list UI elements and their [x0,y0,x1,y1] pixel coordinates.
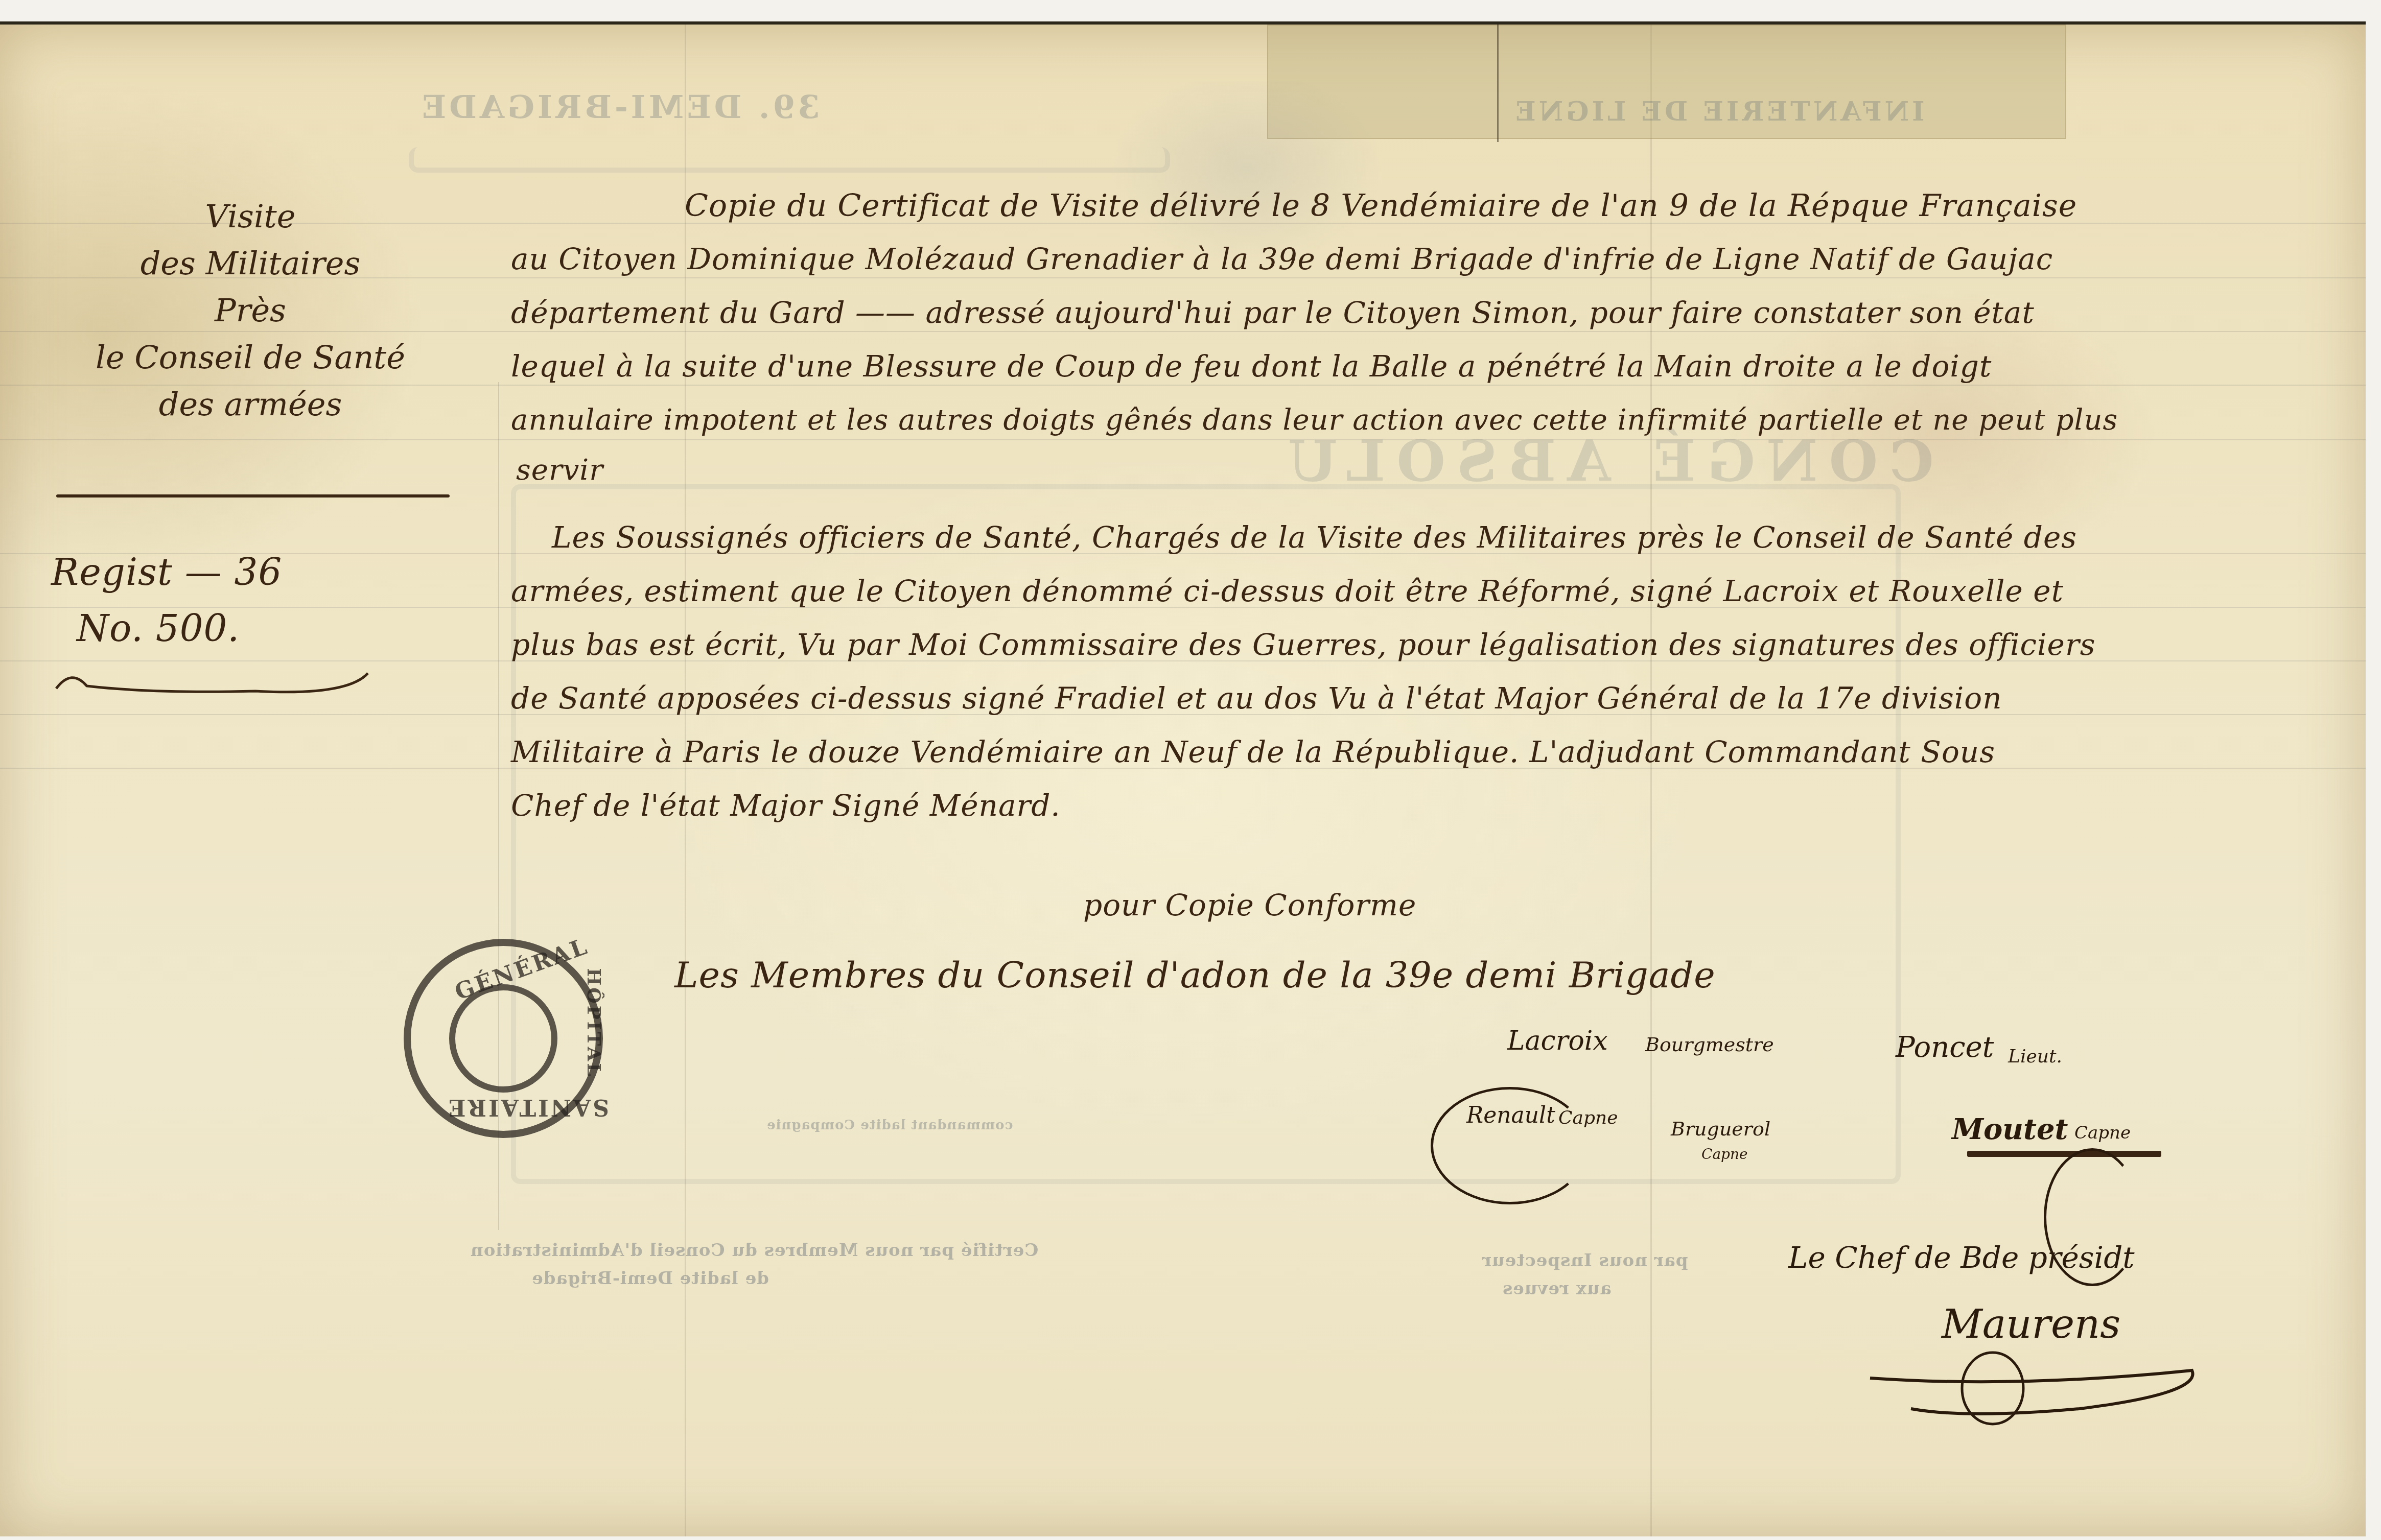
margin-title-line: des armées [51,381,450,428]
body-line: lequel à la suite d'une Blessure de Coup… [511,349,1992,384]
registry-number: Regist — 36 [51,551,282,594]
body-line: Copie du Certificat de Visite délivré le… [685,188,2077,224]
body-line: Militaire à Paris le douze Vendémiaire a… [511,735,1995,769]
body-line: plus bas est écrit, Vu par Moi Commissai… [511,627,2095,662]
body-line: département du Gard —— adressé aujourd'h… [511,295,2035,330]
body-line: annulaire impotent et les autres doigts … [511,404,2118,437]
document-sheet: 39. DEMI-BRIGADE INFANTERIE DE LIGNE CON… [0,21,2366,1536]
body-line: Chef de l'état Major Signé Ménard. [511,788,1061,823]
closing-formula: pour Copie Conforme [1083,888,1416,922]
body-line: Les Soussignés officiers de Santé, Charg… [552,520,2077,555]
signature-chef-de-brigade: Le Chef de Bde présidt [1788,1240,2135,1275]
council-attestation: Les Membres du Conseil d'adon de la 39e … [674,954,1716,996]
printed-footer-right-line1: par nous Inspecteur [1482,1250,1688,1271]
printed-footer-left-line1: Certifié par nous Membres du Conseil d'A… [470,1240,1038,1261]
signature-lacroix: Lacroix [1507,1026,1608,1056]
stamp-text-bottom: SANITAIRE [447,1094,609,1120]
printed-header-underline [409,147,1170,173]
printed-mid-label: commandant ladite Compagnie [766,1118,1013,1133]
signature-bruguerol-title: Capne [1701,1146,1748,1163]
signature-poncet: Poncet [1896,1031,1994,1064]
printed-footer-right-line2: aux revues [1502,1278,1612,1299]
signature-renault-title: Capne [1558,1107,1618,1128]
signature-moutet-title: Capne [2074,1123,2131,1143]
printed-header-left: 39. DEMI-BRIGADE [419,88,820,126]
signature-lacroix-title: Bourgmestre [1645,1033,1774,1056]
registry-flourish [51,668,399,704]
margin-title-line: Près [51,287,450,334]
margin-title-line: le Conseil de Santé [51,334,450,381]
signature-underline [1967,1151,2161,1157]
margin-title-line: des Militaires [51,240,450,287]
body-line: au Citoyen Dominique Molézaud Grenadier … [511,242,2053,276]
margin-divider [56,494,450,497]
signature-paraph [1865,1332,2202,1444]
ruled-line [0,439,2366,440]
printed-header-right: INFANTERIE DE LIGNE [1512,96,1925,127]
body-line: servir [516,454,603,487]
margin-title: Visite des Militaires Près le Conseil de… [51,193,450,428]
signature-bruguerol: Bruguerol [1671,1118,1770,1140]
official-stamp: GÉNÉRAL HÔPITAL SANITAIRE [404,939,603,1138]
margin-title-line: Visite [51,193,450,240]
printed-footer-left-line2: de ladite Demi-Brigade [531,1268,769,1289]
body-line: de Santé apposées ci-dessus signé Fradie… [511,681,2002,716]
stamp-text-right: HÔPITAL [583,968,604,1078]
registry-entry-number: No. 500. [77,607,240,650]
paper-tear [1497,25,1499,142]
body-line: armées, estiment que le Citoyen dénommé … [511,574,2064,608]
signature-renault: Renault [1466,1102,1555,1128]
signature-poncet-title: Lieut. [2008,1046,2062,1067]
signature-moutet: Moutet [1952,1112,2068,1146]
